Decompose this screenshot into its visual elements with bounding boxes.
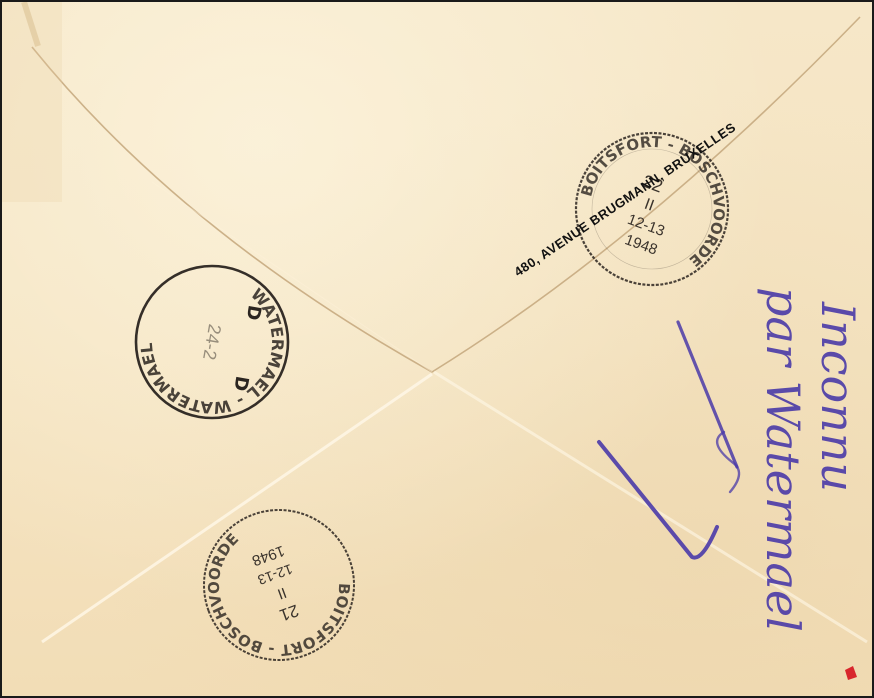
svg-text:II: II [642, 196, 656, 215]
svg-text:24-2: 24-2 [199, 323, 225, 362]
red-mark [845, 666, 857, 680]
postmark-boitsfort-bottom: BOITSFORT - BOSCHVOORDE 21 II 12-13 1948 [183, 489, 375, 681]
svg-text:21: 21 [277, 601, 301, 625]
handwritten-note: Inconnu par Watermael [599, 287, 865, 632]
postmark-watermael: WATERMAEL - WATERMAEL 24-2 D D [124, 254, 300, 430]
svg-text:D: D [229, 374, 252, 392]
svg-text:Inconnu: Inconnu [811, 301, 865, 492]
envelope-fold-lines [24, 2, 867, 642]
envelope-graphics: BOITSFORT - BOSCHVOORDE 22 II 12-13 1948… [2, 2, 874, 698]
svg-text:D: D [242, 304, 265, 322]
envelope-back: BOITSFORT - BOSCHVOORDE 22 II 12-13 1948… [0, 0, 874, 698]
svg-text:II: II [275, 584, 289, 603]
svg-text:par Watermael: par Watermael [756, 287, 810, 632]
